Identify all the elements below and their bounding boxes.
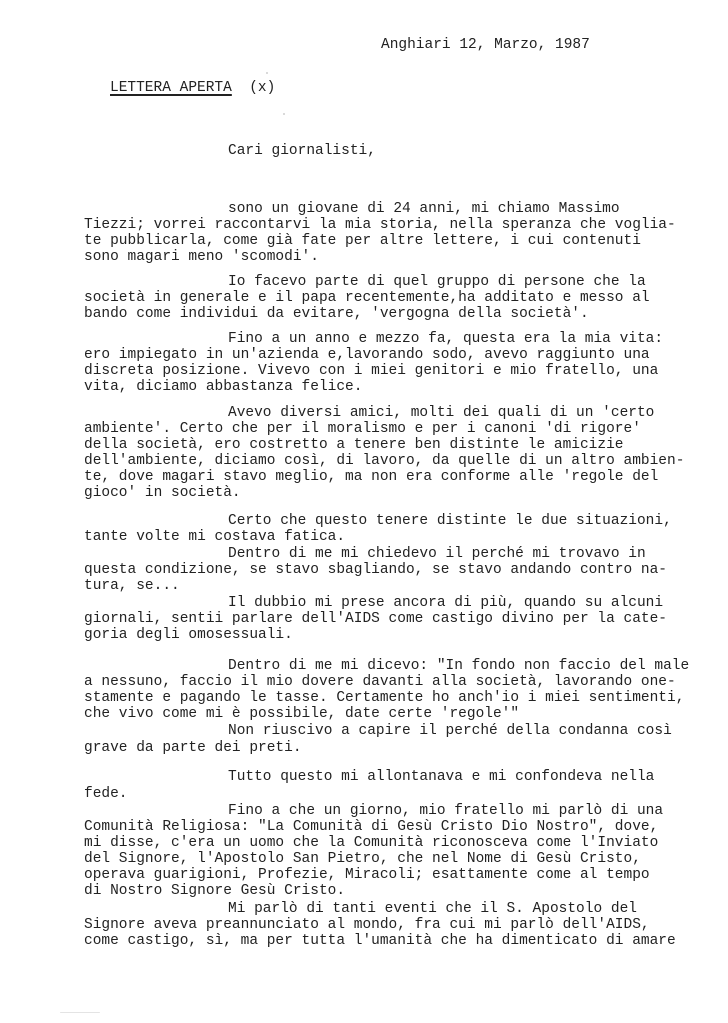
text-line: Fino a che un giorno, mio fratello mi pa… xyxy=(228,803,663,819)
letter-page: Anghiari 12, Marzo, 1987 LETTERA APERTA … xyxy=(0,0,728,1023)
text-line: vita, diciamo abbastanza felice. xyxy=(84,379,362,395)
text-line: come castigo, sì, ma per tutta l'umanità… xyxy=(84,933,676,949)
text-line: del Signore, l'Apostolo San Pietro, che … xyxy=(84,851,641,867)
text-line: sono un giovane di 24 anni, mi chiamo Ma… xyxy=(228,201,620,217)
text-line: Il dubbio mi prese ancora di più, quando… xyxy=(228,595,663,611)
text-line: Certo che questo tenere distinte le due … xyxy=(228,513,672,529)
salutation: Cari giornalisti, xyxy=(228,143,376,159)
text-line: Non riuscivo a capire il perché della co… xyxy=(228,723,672,739)
text-line: sono magari meno 'scomodi'. xyxy=(84,249,319,265)
paper-speck xyxy=(266,72,268,74)
text-line: tante volte mi costava fatica. xyxy=(84,529,345,545)
text-line: della società, ero costretto a tenere be… xyxy=(84,437,624,453)
text-line: Tiezzi; vorrei raccontarvi la mia storia… xyxy=(84,217,676,233)
text-line: grave da parte dei preti. xyxy=(84,740,302,756)
text-line: ero impiegato in un'azienda e,lavorando … xyxy=(84,347,650,363)
text-line: tura, se... xyxy=(84,578,180,594)
text-line: a nessuno, faccio il mio dovere davanti … xyxy=(84,674,676,690)
text-line: Signore aveva preannunciato al mondo, fr… xyxy=(84,917,650,933)
text-line: operava guarigioni, Profezie, Miracoli; … xyxy=(84,867,650,883)
title-note: (x) xyxy=(249,80,275,96)
paper-speck xyxy=(60,1012,100,1013)
text-line: giornali, sentii parlare dell'AIDS come … xyxy=(84,611,667,627)
paper-speck xyxy=(283,113,285,115)
text-line: che vivo come mi è possibile, date certe… xyxy=(84,706,519,722)
text-line: mi disse, c'era un uomo che la Comunità … xyxy=(84,835,658,851)
text-line: Dentro di me mi chiedevo il perché mi tr… xyxy=(228,546,646,562)
text-line: Tutto questo mi allontanava e mi confond… xyxy=(228,769,654,785)
text-line: ambiente'. Certo che per il moralismo e … xyxy=(84,421,641,437)
text-line: fede. xyxy=(84,786,128,802)
date-line: Anghiari 12, Marzo, 1987 xyxy=(381,37,590,53)
text-line: stamente e pagando le tasse. Certamente … xyxy=(84,690,684,706)
text-line: dell'ambiente, diciamo così, di lavoro, … xyxy=(84,453,684,469)
text-line: società in generale e il papa recentemen… xyxy=(84,290,650,306)
text-line: questa condizione, se stavo sbagliando, … xyxy=(84,562,667,578)
text-line: di Nostro Signore Gesù Cristo. xyxy=(84,883,345,899)
text-line: goria degli omosessuali. xyxy=(84,627,293,643)
text-line: Comunità Religiosa: "La Comunità di Gesù… xyxy=(84,819,658,835)
title-text: LETTERA APERTA xyxy=(110,80,232,96)
text-line: bando come individui da evitare, 'vergog… xyxy=(84,306,589,322)
text-line: te, dove magari stavo meglio, ma non era… xyxy=(84,469,658,485)
text-line: Mi parlò di tanti eventi che il S. Apost… xyxy=(228,901,637,917)
text-line: Avevo diversi amici, molti dei quali di … xyxy=(228,405,654,421)
text-line: Fino a un anno e mezzo fa, questa era la… xyxy=(228,331,663,347)
text-line: gioco' in società. xyxy=(84,485,241,501)
letter-title: LETTERA APERTA (x) xyxy=(110,80,275,96)
text-line: Dentro di me mi dicevo: "In fondo non fa… xyxy=(228,658,689,674)
text-line: Io facevo parte di quel gruppo di person… xyxy=(228,274,646,290)
text-line: discreta posizione. Vivevo con i miei ge… xyxy=(84,363,658,379)
text-line: te pubblicarla, come già fate per altre … xyxy=(84,233,641,249)
